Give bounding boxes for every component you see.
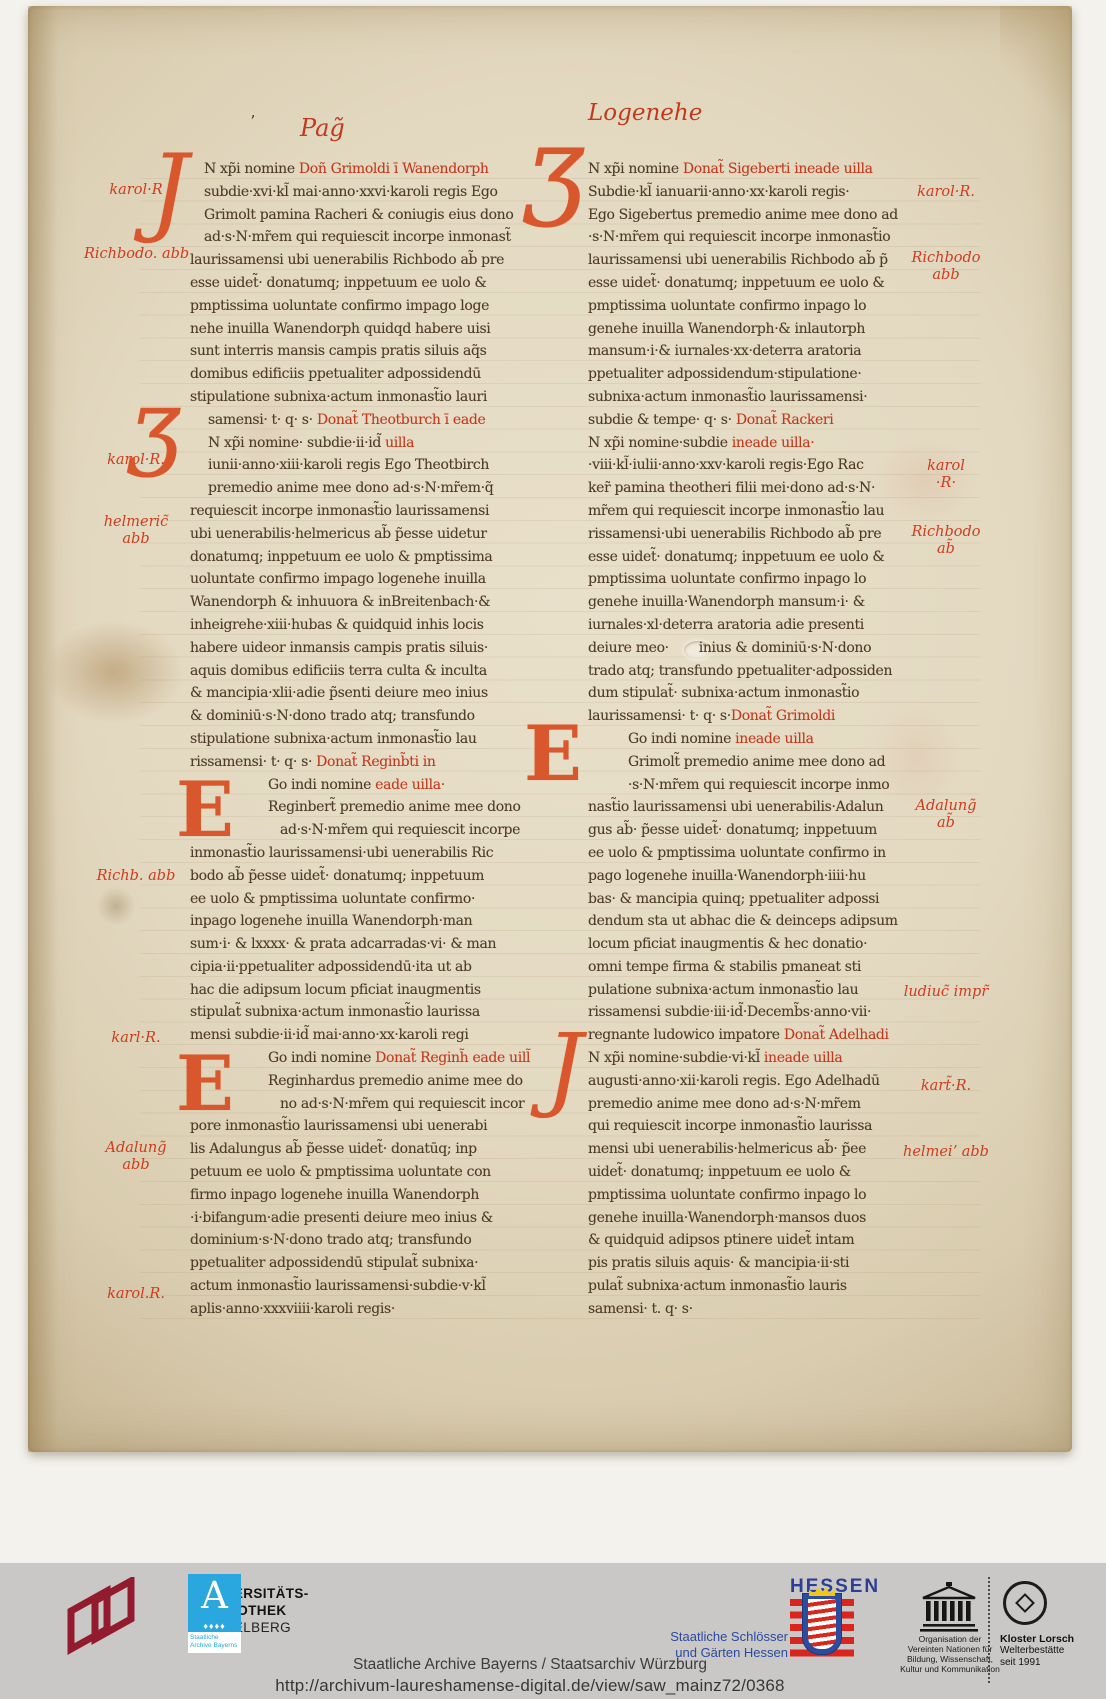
body-text: inpago logenehe inuilla Wanendorph·man (190, 913, 472, 929)
manuscript-line: Ego Sigebertus premedio anime mee dono a… (588, 204, 934, 227)
body-text: Reginhardus premedio anime mee do (268, 1073, 523, 1089)
manuscript-line: inmonast̃io laurissamensi·ubi uenerabili… (190, 842, 526, 865)
body-text: pmptissima uoluntate confirmo inpago lo (588, 1187, 866, 1203)
manuscript-line: aplis·anno·xxxviiii·karoli regis· (190, 1298, 526, 1321)
body-text: esse uidet̃· donatumq; inppetuum ee uolo… (588, 549, 884, 565)
body-text: stipulatione subnixa·actum inmonast̃io l… (190, 731, 477, 747)
rubric-text: eade uilla· (375, 777, 445, 793)
manuscript-line: pago logenehe inuilla·Wanendorph·iiii·hu (588, 865, 934, 888)
manuscript-line: dendum sta ut abhac die & deinceps adips… (588, 910, 934, 933)
margin-note: Richbodo. abb (84, 246, 188, 263)
hessen-caption-line1: Staatliche Schlösser (648, 1629, 788, 1645)
margin-note-line: ab̃ (890, 541, 1002, 558)
manuscript-line: Wanendorph & inhuuora & inBreitenbach·& (190, 591, 526, 614)
manuscript-line: regnante ludowico impatore Donat̃ Adelha… (588, 1024, 934, 1047)
manuscript-line: aquis domibus edificiis terra culta & in… (190, 660, 526, 683)
body-text: ad·s·N·mr̃em qui requiescit incorpe (280, 822, 520, 838)
body-text: aplis·anno·xxxviiii·karoli regis· (190, 1301, 395, 1317)
manuscript-line: qui requiescit incorpe inmonast̃io lauri… (588, 1115, 934, 1138)
body-text: Grimolt̃ premedio anime mee dono ad (628, 754, 885, 770)
margin-note: kart̃·R. (890, 1078, 1002, 1095)
body-text: Go indi nomine (268, 777, 375, 793)
margin-note: karol·R· (890, 458, 1002, 492)
body-text: dum stipulat̃· subnixa·actum inmonast̃io (588, 685, 859, 701)
manuscript-line: pis pratis siluis aquis· & mancipia·ii·s… (588, 1252, 934, 1275)
body-text: N xp̃i nomine (204, 161, 299, 177)
body-text: samensi· t· q· s· (208, 412, 317, 428)
body-text: regnante ludowico impatore (588, 1027, 784, 1043)
manuscript-line: inheigrehe·xiii·hubas & quidquid inhis l… (190, 614, 526, 637)
source-url: http://archivum-laureshamense-digital.de… (160, 1675, 900, 1696)
body-text: esse uidet̃· donatumq; inppetuum ee uolo… (190, 275, 486, 291)
body-text: ppetualiter adpossidendū stipulat̃ subni… (190, 1255, 478, 1271)
body-text: domibus edificiis ppetualiter adpossiden… (190, 366, 481, 382)
manuscript-line: pulatione subnixa·actum inmonast̃io lau (588, 979, 934, 1002)
rubric-text: uilla (385, 435, 414, 451)
body-text: rissamensi subdie·iii·id̃·Decemb̃s·anno·… (588, 1004, 871, 1020)
body-text: N xp̃i nomine·subdie (588, 435, 732, 451)
body-text: inmonast̃io laurissamensi·ubi uenerabili… (190, 845, 493, 861)
margin-note-line: Richbodo. abb (84, 246, 188, 263)
body-text: omni tempe firma & stabilis pmaneat sti (588, 959, 861, 975)
body-text: subdie·xvi·kl̃ mai·anno·xxvi·karoli regi… (204, 184, 498, 200)
body-text: ubi uenerabilis·helmericus ab̃ p̃esse ui… (190, 526, 487, 542)
manuscript-line: Go indi nomine eade uilla· (190, 774, 526, 797)
body-text: uoluntate confirmo impago logenehe inuil… (190, 571, 486, 587)
manuscript-line: Grimolt pamina Racheri & coniugis eius d… (190, 204, 526, 227)
body-text: pmptissima uoluntate confirmo inpago lo (588, 298, 866, 314)
manuscript-line: domibus edificiis ppetualiter adpossiden… (190, 363, 526, 386)
body-text: sum·i· & lxxxx· & prata adcarradas·vi· &… (190, 936, 496, 952)
body-text: no ad·s·N·mr̃em qui requiescit incor (280, 1096, 524, 1112)
body-text: nast̃io laurissamensi ubi uenerabilis·Ad… (588, 799, 883, 815)
bayern-diamonds-icon: ♦♦♦♦ (188, 1622, 241, 1631)
manuscript-line: donatumq; inppetuum ee uolo & pmptissima (190, 546, 526, 569)
column-right: N xp̃i nomine Donat̃ Sigeberti ineade ui… (588, 158, 934, 1321)
manuscript-line: samensi· t· q· s· Donat̃ Theotburch ī ea… (190, 409, 526, 432)
body-text: stipulat̃ subnixa·actum inmonast̃io laur… (190, 1004, 480, 1020)
manuscript-line: ppetualiter adpossidendū stipulat̃ subni… (190, 1252, 526, 1275)
manuscript-line: Subdie·kl̃ ianuarii·anno·xx·karoli regis… (588, 181, 934, 204)
body-text: requiescit incorpe inmonast̃io laurissam… (190, 503, 489, 519)
manuscript-line: esse uidet̃· donatumq; inppetuum ee uolo… (588, 272, 934, 295)
body-text: uidet̃· donatumq; inppetuum ee uolo & (588, 1164, 851, 1180)
body-text: pulat̃ subnixa·actum inmonast̃io lauris (588, 1278, 847, 1294)
body-text: genehe inuilla·Wanendorph·mansos duos (588, 1210, 866, 1226)
margin-note-line: karl·R. (84, 1030, 188, 1047)
running-header-pagus: Pag̃ (300, 114, 345, 142)
staatliche-archive-bayerns-logo: A ♦♦♦♦ Staatliche Archive Bayerns (188, 1574, 241, 1653)
margin-note: Richbodoabb (890, 250, 1002, 284)
manuscript-line: laurissamensi ubi uenerabilis Richbodo a… (190, 249, 526, 272)
manuscript-line: ·i·bifangum·adie presenti deiure meo ini… (190, 1207, 526, 1230)
manuscript-line: ubi uenerabilis·helmericus ab̃ p̃esse ui… (190, 523, 526, 546)
manuscript-line: ·viii·kl̃·iulii·anno·xxv·karoli regis·Eg… (588, 454, 934, 477)
body-text: subdie & tempe· q· s· (588, 412, 736, 428)
body-text: esse uidet̃· donatumq; inppetuum ee uolo… (588, 275, 884, 291)
body-text: premedio anime mee dono ad·s·N·mr̃em (588, 1096, 861, 1112)
body-text: rissamensi·ubi uenerabilis Richbodo ab̃ … (588, 526, 881, 542)
body-text: trado atq; transfundo ppetualiter·adposs… (588, 663, 892, 679)
body-text: & mancipia·xlii·adie p̃senti deiure meo … (190, 685, 488, 701)
manuscript-line: uidet̃· donatumq; inppetuum ee uolo & (588, 1161, 934, 1184)
decorated-initial: Ʒ (524, 136, 585, 244)
manuscript-line: ee uolo & pmptissima uoluntate confirmo· (190, 888, 526, 911)
body-text: dominium·s·N·dono trado atq; transfundo (190, 1232, 471, 1248)
manuscript-line: pmptissima uoluntate confirmo inpago lo (588, 295, 934, 318)
body-text: Grimolt pamina Racheri & coniugis eius d… (204, 207, 513, 223)
body-text: bodo ab̃ p̃esse uidet̃· donatumq; inppet… (190, 868, 484, 884)
body-text: ·s·N·mr̃em qui requiescit incorpe inmo (628, 777, 889, 793)
body-text: N xp̃i nomine (588, 161, 683, 177)
manuscript-line: inpago logenehe inuilla Wanendorph·man (190, 910, 526, 933)
manuscript-line: esse uidet̃· donatumq; inppetuum ee uolo… (190, 272, 526, 295)
body-text: cipia·ii·ppetualiter adpossidendū·ita ut… (190, 959, 472, 975)
manuscript-line: ·s·N·mr̃em qui requiescit incorpe inmo (588, 774, 934, 797)
manuscript-line: hac die adipsum locum pficiat inaugmenti… (190, 979, 526, 1002)
manuscript-line: rissamensi· t· q· s· Donat̃ Reginb̃ti in (190, 751, 526, 774)
manuscript-line: & quidquid adipsos ptinere uidet̃ intam (588, 1229, 934, 1252)
manuscript-line: premedio anime mee dono ad·s·N·mr̃em (588, 1093, 934, 1116)
manuscript-line: no ad·s·N·mr̃em qui requiescit incor (190, 1093, 526, 1116)
body-text: deiure meo· (588, 640, 669, 656)
margin-note-line: helmeric̃ (84, 514, 188, 531)
manuscript-line: Go indi nomine ineade uilla (588, 728, 934, 751)
margin-note-line: Richbodo (890, 250, 1002, 267)
manuscript-line: sunt interris mansis campis pratis silui… (190, 340, 526, 363)
bayern-caption-line2: Archive Bayerns (190, 1642, 241, 1650)
manuscript-line: stipulat̃ subnixa·actum inmonast̃io laur… (190, 1001, 526, 1024)
body-text: stipulatione subnixa·actum inmonast̃io l… (190, 389, 487, 405)
margin-note-line: ludiuc̃ impr̃ (890, 984, 1002, 1001)
manuscript-line: pmptissima uoluntate confirmo inpago lo (588, 1184, 934, 1207)
body-text: locum pficiat inaugmentis & hec donatio· (588, 936, 867, 952)
body-text: genehe inuilla Wanendorph·& inlautorph (588, 321, 865, 337)
body-text: ·viii·kl̃·iulii·anno·xxv·karoli regis·Eg… (588, 457, 864, 473)
margin-note-line: karol (890, 458, 1002, 475)
decorated-initial: Ʒ (128, 398, 181, 492)
credit-line: Staatliche Archive Bayerns / Staatsarchi… (160, 1655, 900, 1675)
body-text: petuum ee uolo & pmptissima uoluntate co… (190, 1164, 491, 1180)
body-text: ee uolo & pmptissima uoluntate confirmo· (190, 891, 475, 907)
manuscript-line: N xp̃i nomine Doñ Grimoldi ī Wanendorph (190, 158, 526, 181)
bayern-caption-line1: Staatliche (190, 1634, 241, 1642)
body-text: iunii·anno·xiii·karoli regis Ego Theotbi… (208, 457, 489, 473)
rubric-text: Donat̃ Reginb̃ti in (316, 754, 435, 770)
body-text: pis pratis siluis aquis· & mancipia·ii·s… (588, 1255, 849, 1271)
parchment-stain (88, 878, 144, 934)
body-text: mansum·i·& iurnales·xx·deterra aratoria (588, 343, 861, 359)
body-text: firmo inpago logenehe inuilla Wanendorph (190, 1187, 479, 1203)
manuscript-line: iunii·anno·xiii·karoli regis Ego Theotbi… (190, 454, 526, 477)
body-text: Go indi nomine (268, 1050, 375, 1066)
rubric-text: Donat̃ Sigeberti ineade uilla (683, 161, 873, 177)
body-text: Ego Sigebertus premedio anime mee dono a… (588, 207, 898, 223)
body-text: Wanendorph & inhuuora & inBreitenbach·& (190, 594, 490, 610)
body-text: hac die adipsum locum pficiat inaugmenti… (190, 982, 481, 998)
body-text: ·s·N·mr̃em qui requiescit incorpe inmona… (588, 229, 890, 245)
body-text: N xp̃i nomine·subdie·vi·kl̃ (588, 1050, 764, 1066)
manuscript-line: actum inmonast̃io laurissamensi·subdie·v… (190, 1275, 526, 1298)
footer-bar: UNIVERSITÄTS- BIBLIOTHEK HEIDELBERG A ♦♦… (0, 1563, 1106, 1699)
manuscript-line: habere uideor inmansis campis pratis sil… (190, 637, 526, 660)
body-text: pulatione subnixa·actum inmonast̃io lau (588, 982, 858, 998)
body-text: ad·s·N·mr̃em qui requiescit incorpe inmo… (204, 229, 511, 245)
rubric-text: Donat̃ Theotburch ī eade (317, 412, 486, 428)
manuscript-line: dominium·s·N·dono trado atq; transfundo (190, 1229, 526, 1252)
manuscript-line: subdie & tempe· q· s· Donat̃ Rackeri (588, 409, 934, 432)
manuscript-line: mr̃em qui requiescit incorpe inmonast̃io… (588, 500, 934, 523)
manuscript-line: ker̃ pamina theotheri filii mei·dono ad·… (588, 477, 934, 500)
rubric-text: ineade uilla (764, 1050, 842, 1066)
body-text: bas· & mancipia quinq; ppetualiter adpos… (588, 891, 879, 907)
manuscript-line: esse uidet̃· donatumq; inppetuum ee uolo… (588, 546, 934, 569)
manuscript-line: deiure meo·inius & dominiū·s·N·dono (588, 637, 934, 660)
manuscript-line: nast̃io laurissamensi ubi uenerabilis·Ad… (588, 796, 934, 819)
manuscript-line: N xp̃i nomine· subdie·ii·id̃ uilla (190, 432, 526, 455)
lorsch-line3: seit 1991 (1000, 1657, 1104, 1669)
body-text: habere uideor inmansis campis pratis sil… (190, 640, 488, 656)
margin-note-line: karol·R. (890, 184, 1002, 201)
body-text: inius & dominiū·s·N·dono (699, 640, 871, 656)
body-text: inheigrehe·xiii·hubas & quidquid inhis l… (190, 617, 484, 633)
manuscript-line: rissamensi subdie·iii·id̃·Decemb̃s·anno·… (588, 1001, 934, 1024)
margin-note-line: abb (84, 531, 188, 548)
manuscript-line: mensi ubi uenerabilis·helmericus ab̃· p̃… (588, 1138, 934, 1161)
body-text: augusti·anno·xii·karoli regis. Ego Adelh… (588, 1073, 880, 1089)
body-text: pago logenehe inuilla·Wanendorph·iiii·hu (588, 868, 866, 884)
body-text: pmptissima uoluntate confirmo impago log… (190, 298, 489, 314)
body-text: lis Adalungus ab̃ p̃esse uidet̃· donatūq… (190, 1141, 477, 1157)
hessen-lion-icon (808, 1599, 836, 1649)
manuscript-line: pore inmonast̃io laurissamensi ubi uener… (190, 1115, 526, 1138)
margin-note: karol.R. (84, 1286, 188, 1303)
body-text: dendum sta ut abhac die & deinceps adips… (588, 913, 898, 929)
manuscript-line: samensi· t. q· s· (588, 1298, 934, 1321)
margin-note-line: ab̃ (890, 815, 1002, 832)
manuscript-line: Reginhardus premedio anime mee do (190, 1070, 526, 1093)
bayern-letter-a: A (188, 1574, 241, 1618)
manuscript-line: mansum·i·& iurnales·xx·deterra aratoria (588, 340, 934, 363)
margin-note-line: kart̃·R. (890, 1078, 1002, 1095)
body-text: mensi ubi uenerabilis·helmericus ab̃· p̃… (588, 1141, 866, 1157)
margin-note: Adalung̃abb (84, 1140, 188, 1174)
body-text: sunt interris mansis campis pratis silui… (190, 343, 486, 359)
manuscript-line: pmptissima uoluntate confirmo impago log… (190, 295, 526, 318)
manuscript-line: nehe inuilla Wanendorph quidqd habere ui… (190, 318, 526, 341)
world-heritage-diamond-icon (1015, 1593, 1035, 1613)
margin-note: Richbodoab̃ (890, 524, 1002, 558)
margin-note: Richb. abb (84, 868, 188, 885)
rubric-text: Donat̃ Grimoldi (731, 708, 835, 724)
body-text: aquis domibus edificiis terra culta & in… (190, 663, 487, 679)
world-heritage-emblem-icon (1003, 1581, 1047, 1625)
body-text: actum inmonast̃io laurissamensi·subdie·v… (190, 1278, 486, 1294)
lorsch-line1: Kloster Lorsch (1000, 1633, 1104, 1645)
rubric-text: Doñ Grimoldi ī Wanendorph (299, 161, 489, 177)
hessen-coat-of-arms-icon (802, 1593, 842, 1655)
lorsch-line2: Welterbestätte (1000, 1645, 1104, 1657)
body-text: N xp̃i nomine· subdie·ii·id̃ (208, 435, 385, 451)
margin-note-line: Richb. abb (84, 868, 188, 885)
margin-note: karl·R. (84, 1030, 188, 1047)
manuscript-line: gus ab̃· p̃esse uidet̃· donatumq; inppet… (588, 819, 934, 842)
manuscript-line: N xp̃i nomine Donat̃ Sigeberti ineade ui… (588, 158, 934, 181)
body-text: ·i·bifangum·adie presenti deiure meo ini… (190, 1210, 493, 1226)
margin-note-line: helmeiʼ abb (890, 1144, 1002, 1161)
manuscript-line: mensi subdie·ii·id̃ mai·anno·xx·karoli r… (190, 1024, 526, 1047)
quire-mark: ʼ (250, 112, 255, 130)
manuscript-line: requiescit incorpe inmonast̃io laurissam… (190, 500, 526, 523)
manuscript-line: iurnales·xl·deterra aratoria adie presen… (588, 614, 934, 637)
manuscript-line: Reginbert̃ premedio anime mee dono (190, 796, 526, 819)
manuscript-line: N xp̃i nomine·subdie ineade uilla· (588, 432, 934, 455)
manuscript-line: & dominiū·s·N·dono trado atq; transfundo (190, 705, 526, 728)
rubric-text: Donat̃ Reginh̃ eade uill̃ (375, 1050, 530, 1066)
body-text: & dominiū·s·N·dono trado atq; transfundo (190, 708, 475, 724)
body-text: qui requiescit incorpe inmonast̃io lauri… (588, 1118, 872, 1134)
body-text: pore inmonast̃io laurissamensi ubi uener… (190, 1118, 487, 1134)
credit-block: Staatliche Archive Bayerns / Staatsarchi… (160, 1655, 900, 1696)
manuscript-line: Go indi nomine Donat̃ Reginh̃ eade uill̃ (190, 1047, 526, 1070)
body-text: iurnales·xl·deterra aratoria adie presen… (588, 617, 864, 633)
body-text: & quidquid adipsos ptinere uidet̃ intam (588, 1232, 854, 1248)
body-text: genehe inuilla·Wanendorph mansum·i· & (588, 594, 865, 610)
body-text: Go indi nomine (628, 731, 735, 747)
manuscript-line: cipia·ii·ppetualiter adpossidendū·ita ut… (190, 956, 526, 979)
body-text: Reginbert̃ premedio anime mee dono (268, 799, 521, 815)
column-left: N xp̃i nomine Doñ Grimoldi ī Wanendorphs… (190, 158, 526, 1321)
manuscript-line: rissamensi·ubi uenerabilis Richbodo ab̃ … (588, 523, 934, 546)
manuscript-line: subnixa·actum inmonast̃io laurissamensi· (588, 386, 934, 409)
body-text: donatumq; inppetuum ee uolo & pmptissima (190, 549, 492, 565)
margin-note-line: abb (890, 267, 1002, 284)
rubric-text: ineade uilla· (732, 435, 815, 451)
dotted-divider (988, 1577, 990, 1683)
decorated-initial: E (524, 716, 582, 792)
manuscript-line: laurissamensi· t· q· s·Donat̃ Grimoldi (588, 705, 934, 728)
body-text: samensi· t. q· s· (588, 1301, 693, 1317)
body-text: laurissamensi ubi uenerabilis Richbodo a… (588, 252, 888, 268)
corner-crease (1000, 6, 1072, 146)
manuscript-line: ad·s·N·mr̃em qui requiescit incorpe (190, 819, 526, 842)
kloster-lorsch-caption: Kloster Lorsch Welterbestätte seit 1991 (1000, 1633, 1104, 1669)
manuscript-line: genehe inuilla·Wanendorph mansum·i· & (588, 591, 934, 614)
manuscript-line: N xp̃i nomine·subdie·vi·kl̃ ineade uilla (588, 1047, 934, 1070)
margin-note-line: abb (84, 1157, 188, 1174)
margin-note: helmeiʼ abb (890, 1144, 1002, 1161)
manuscript-line: ppetualiter adpossidendum·stipulatione· (588, 363, 934, 386)
margin-note-line: karol.R. (84, 1286, 188, 1303)
body-text: laurissamensi ubi uenerabilis Richbodo a… (190, 252, 504, 268)
manuscript-line: sum·i· & lxxxx· & prata adcarradas·vi· &… (190, 933, 526, 956)
body-text: pmptissima uoluntate confirmo inpago lo (588, 571, 866, 587)
manuscript-line: uoluntate confirmo impago logenehe inuil… (190, 568, 526, 591)
manuscript-line: stipulatione subnixa·actum inmonast̃io l… (190, 386, 526, 409)
body-text: gus ab̃· p̃esse uidet̃· donatumq; inppet… (588, 822, 877, 838)
body-text: nehe inuilla Wanendorph quidqd habere ui… (190, 321, 490, 337)
body-text: laurissamensi· t· q· s· (588, 708, 731, 724)
rubric-text: Donat̃ Rackeri (736, 412, 834, 428)
margin-note: karol·R. (890, 184, 1002, 201)
manuscript-line: pulat̃ subnixa·actum inmonast̃io lauris (588, 1275, 934, 1298)
ub-heidelberg-logo-icon (55, 1577, 175, 1663)
manuscript-line: bodo ab̃ p̃esse uidet̃· donatumq; inppet… (190, 865, 526, 888)
body-text: Subdie·kl̃ ianuarii·anno·xx·karoli regis… (588, 184, 849, 200)
body-text: premedio anime mee dono ad·s·N·mr̃em·q̃ (208, 480, 493, 496)
manuscript-line: genehe inuilla·Wanendorph·mansos duos (588, 1207, 934, 1230)
manuscript-line: petuum ee uolo & pmptissima uoluntate co… (190, 1161, 526, 1184)
manuscript-line: omni tempe firma & stabilis pmaneat sti (588, 956, 934, 979)
rubric-text: Donat̃ Adelhadi (784, 1027, 889, 1043)
manuscript-line: lis Adalungus ab̃ p̃esse uidet̃· donatūq… (190, 1138, 526, 1161)
manuscript-line: subdie·xvi·kl̃ mai·anno·xxvi·karoli regi… (190, 181, 526, 204)
decorated-initial: J (150, 142, 188, 238)
manuscript-line: genehe inuilla Wanendorph·& inlautorph (588, 318, 934, 341)
margin-note-line: ·R· (890, 475, 1002, 492)
rubric-text: ineade uilla (735, 731, 813, 747)
body-text: mr̃em qui requiescit incorpe inmonast̃io… (588, 503, 884, 519)
margin-note: ludiuc̃ impr̃ (890, 984, 1002, 1001)
manuscript-line: Grimolt̃ premedio anime mee dono ad (588, 751, 934, 774)
scan-viewport: ʼ Pag̃ Logenehe N xp̃i nomine Doñ Grimol… (0, 0, 1106, 1699)
manuscript-line: dum stipulat̃· subnixa·actum inmonast̃io (588, 682, 934, 705)
manuscript-line: bas· & mancipia quinq; ppetualiter adpos… (588, 888, 934, 911)
manuscript-line: stipulatione subnixa·actum inmonast̃io l… (190, 728, 526, 751)
body-text: ker̃ pamina theotheri filii mei·dono ad·… (588, 480, 875, 496)
body-text: ppetualiter adpossidendum·stipulatione· (588, 366, 861, 382)
unesco-temple-icon (920, 1582, 978, 1632)
margin-note: helmeric̃abb (84, 514, 188, 548)
margin-note: Adalung̃ab̃ (890, 798, 1002, 832)
manuscript-line: augusti·anno·xii·karoli regis. Ego Adelh… (588, 1070, 934, 1093)
bayern-a-icon: A ♦♦♦♦ (188, 1574, 241, 1632)
manuscript-line: pmptissima uoluntate confirmo inpago lo (588, 568, 934, 591)
body-text: ee uolo & pmptissima uoluntate confirmo … (588, 845, 886, 861)
manuscript-line: ee uolo & pmptissima uoluntate confirmo … (588, 842, 934, 865)
margin-note-line: Richbodo (890, 524, 1002, 541)
manuscript-line: firmo inpago logenehe inuilla Wanendorph (190, 1184, 526, 1207)
manuscript-line: & mancipia·xlii·adie p̃senti deiure meo … (190, 682, 526, 705)
bayern-caption: Staatliche Archive Bayerns (188, 1632, 241, 1653)
manuscript-line: trado atq; transfundo ppetualiter·adposs… (588, 660, 934, 683)
manuscript-line: locum pficiat inaugmentis & hec donatio· (588, 933, 934, 956)
manuscript-line: premedio anime mee dono ad·s·N·mr̃em·q̃ (190, 477, 526, 500)
decorated-initial: E (176, 1046, 234, 1122)
body-text: subnixa·actum inmonast̃io laurissamensi· (588, 389, 867, 405)
manuscript-line: laurissamensi ubi uenerabilis Richbodo a… (588, 249, 934, 272)
running-header-logenehe: Logenehe (588, 100, 702, 126)
margin-note-line: Adalung̃ (84, 1140, 188, 1157)
manuscript-line: ·s·N·mr̃em qui requiescit incorpe inmona… (588, 226, 934, 249)
decorated-initial: J (546, 1022, 583, 1114)
margin-note-line: Adalung̃ (890, 798, 1002, 815)
manuscript-line: ad·s·N·mr̃em qui requiescit incorpe inmo… (190, 226, 526, 249)
decorated-initial: E (176, 772, 234, 848)
